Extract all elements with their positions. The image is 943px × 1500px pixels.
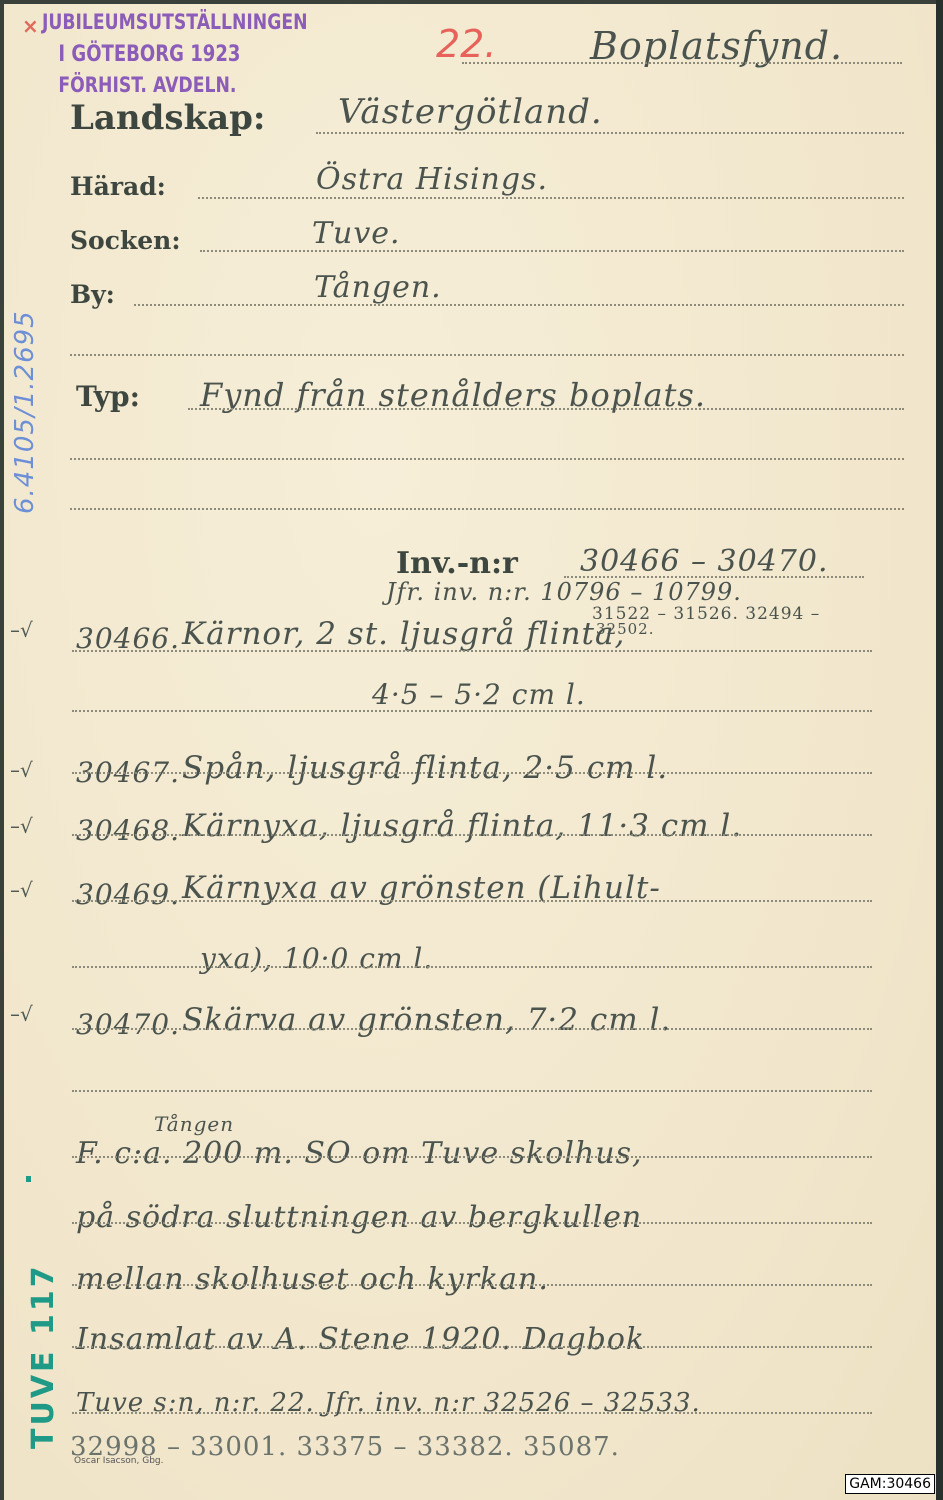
card-right-edge	[936, 0, 943, 1500]
item-line	[72, 834, 872, 836]
harad-label: Härad:	[70, 172, 166, 201]
category-line	[462, 62, 902, 64]
blank-line-4	[72, 1090, 872, 1092]
item-number: 30468.	[76, 814, 180, 847]
catalog-card: × JUBILEUMSUTSTÄLLNINGEN I GÖTEBORG 1923…	[4, 4, 936, 1500]
stamp-line-2: I GÖTEBORG 1923	[58, 42, 240, 67]
typ-label: Typ:	[76, 380, 140, 413]
printer-imprint: Oscar Isacson, Gbg.	[74, 1456, 164, 1466]
blank-line-2	[70, 458, 904, 460]
item-line	[72, 1028, 872, 1030]
item-line	[72, 900, 872, 902]
item-description: Kärnyxa, ljusgrå flinta, 11·3 cm l.	[182, 808, 742, 844]
landskap-value: Västergötland.	[338, 92, 603, 132]
item-line	[72, 710, 872, 712]
inventory-label: Inv.-n:r	[396, 546, 518, 581]
typ-line	[188, 408, 904, 410]
checked-mark: –√	[10, 1002, 33, 1026]
location-underline	[72, 1284, 872, 1286]
landskap-label: Landskap:	[70, 98, 265, 138]
location-underline	[72, 1156, 872, 1158]
item-number: 30470.	[76, 1008, 180, 1041]
socken-line	[200, 250, 904, 252]
item-number: 30469.	[76, 878, 180, 911]
item-description: Spån, ljusgrå flinta, 2·5 cm l.	[182, 750, 668, 786]
item-description: Skärva av grönsten, 7·2 cm l.	[182, 1002, 671, 1038]
inventory-compare: Jfr. inv. n:r. 10796 – 10799.	[386, 578, 742, 606]
green-ink-dot	[26, 1176, 31, 1182]
blue-margin-note: 6.4105/1.2695	[10, 310, 40, 514]
item-line	[72, 650, 872, 652]
location-line-4: Insamlat av A. Stene 1920. Dagbok	[76, 1322, 645, 1357]
blank-line-3	[70, 508, 904, 510]
blank-line-1	[70, 354, 904, 356]
archive-id-label: GAM:30466	[845, 1474, 935, 1494]
green-margin-note: TUVE 117	[26, 1263, 61, 1449]
checked-mark: –√	[10, 878, 33, 902]
item-description: Kärnor, 2 st. ljusgrå flinta,	[182, 616, 625, 652]
checked-mark: –√	[10, 618, 33, 642]
item-description-cont: yxa), 10·0 cm l.	[200, 942, 433, 975]
harad-line	[198, 197, 904, 199]
red-cross-mark: ×	[22, 14, 39, 38]
socken-value: Tuve.	[312, 216, 401, 251]
stamp-line-1: JUBILEUMSUTSTÄLLNINGEN	[42, 10, 308, 34]
checked-mark: –√	[10, 814, 33, 838]
location-line-3: mellan skolhuset och kyrkan.	[76, 1262, 549, 1297]
item-line	[72, 966, 872, 968]
item-line	[72, 772, 872, 774]
by-label: By:	[70, 280, 115, 309]
stamp-line-3: FÖRHIST. AVDELN.	[58, 73, 236, 97]
socken-label: Socken:	[70, 226, 181, 255]
harad-value: Östra Hisings.	[316, 162, 548, 197]
checked-mark: –√	[10, 758, 33, 782]
location-line-1: F. c:a. 200 m. SO om Tuve skolhus,	[76, 1136, 643, 1171]
landskap-line	[316, 132, 904, 134]
inventory-range: 30466 – 30470.	[580, 544, 828, 579]
location-underline	[72, 1346, 872, 1348]
by-value: Tången.	[314, 270, 442, 305]
card-number: 22.	[436, 22, 496, 66]
item-description-cont: 4·5 – 5·2 cm l.	[372, 678, 586, 711]
location-underline	[72, 1222, 872, 1224]
by-line	[134, 304, 904, 306]
location-insert: Tången	[154, 1112, 234, 1136]
location-underline	[72, 1412, 872, 1414]
location-line-2: på södra sluttningen av bergkullen	[76, 1200, 642, 1235]
